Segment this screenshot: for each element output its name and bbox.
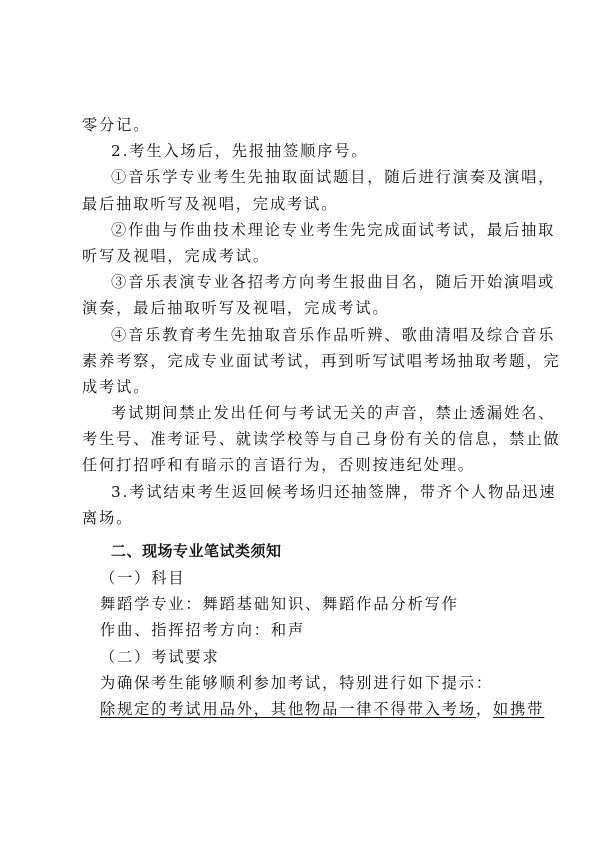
exam-rules-paragraph: 考试期间禁止发出任何与考试无关的声音，禁止透漏姓名、 xyxy=(82,400,524,426)
text-line: 考生号、准考证号、就读学校等与自己身份有关的信息，禁止做 xyxy=(82,426,524,452)
item-music-education: ④音乐教育考生先抽取音乐作品听辨、歌曲清唱及综合音乐 xyxy=(82,322,524,348)
subsection-heading-requirements: （二）考试要求 xyxy=(82,644,524,670)
separator: ， xyxy=(476,700,493,718)
section-heading: 二、现场专业笔试类须知 xyxy=(82,537,524,565)
text-line: 最后抽取听写及视唱，完成考试。 xyxy=(82,191,524,217)
underlined-text: 除规定的考试用品外，其他物品一律不得带入考场 xyxy=(100,700,476,718)
text-line: 听写及视唱，完成考试。 xyxy=(82,243,524,269)
text-line: 任何打招呼和有暗示的言语行为，否则按违纪处理。 xyxy=(82,452,524,478)
text-line: 离场。 xyxy=(82,505,524,531)
text-line: 零分记。 xyxy=(82,112,524,138)
requirement-intro: 为确保考生能够顺利参加考试，特别进行如下提示： xyxy=(82,670,524,696)
item-music-performance: ③音乐表演专业各招考方向考生报曲目名，随后开始演唱或 xyxy=(82,269,524,295)
underlined-text: 如携带 xyxy=(493,700,544,718)
item-composition: ②作曲与作曲技术理论专业考生先完成面试考试，最后抽取 xyxy=(82,217,524,243)
item-3: 3.考试结束考生返回候考场归还抽签牌，带齐个人物品迅速 xyxy=(82,479,524,505)
text-line: 演奏，最后抽取听写及视唱，完成考试。 xyxy=(82,295,524,321)
subsection-heading-subjects: （一）科目 xyxy=(82,565,524,591)
document-page: 零分记。 2.考生入场后，先报抽签顺序号。 ①音乐学专业考生先抽取面试题目，随后… xyxy=(82,112,524,722)
text-line: 素养考察，完成专业面试考试，再到听写试唱考场抽取考题，完 xyxy=(82,348,524,374)
subject-composition: 作曲、指挥招考方向：和声 xyxy=(82,617,524,643)
subject-dance: 舞蹈学专业：舞蹈基础知识、舞蹈作品分析写作 xyxy=(82,591,524,617)
requirement-line: 除规定的考试用品外，其他物品一律不得带入考场，如携带 xyxy=(82,696,524,722)
item-2: 2.考生入场后，先报抽签顺序号。 xyxy=(82,138,524,164)
text-line: 成考试。 xyxy=(82,374,524,400)
item-music-studies: ①音乐学专业考生先抽取面试题目，随后进行演奏及演唱， xyxy=(82,164,524,190)
